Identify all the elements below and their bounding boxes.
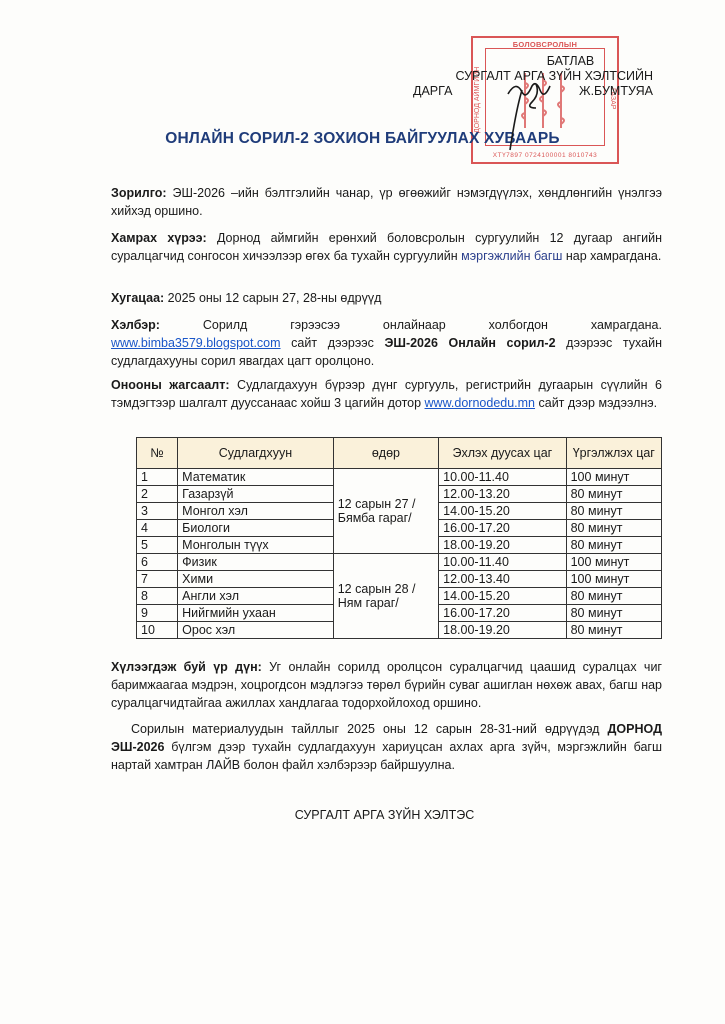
header-subject: Судлагдхуун [178, 438, 334, 469]
cell-time: 16.00-17.20 [439, 520, 566, 537]
format-word: холбогдон [489, 316, 548, 334]
cell-day: 12 сарын 27 /Бямба гараг/ [333, 469, 438, 554]
header-day: өдөр [333, 438, 438, 469]
cell-day: 12 сарын 28 /Ням гараг/ [333, 554, 438, 639]
format-word: Сорилд [203, 316, 248, 334]
section-format: Хэлбэр: Сорилд гэрээсээ онлайнаар холбог… [111, 316, 662, 370]
materials-text: Сорилын материалуудын тайллыг 2025 оны 1… [131, 722, 608, 736]
cell-subject: Монголын түүх [178, 537, 334, 554]
approval-name: Ж.БУМТУЯА [579, 84, 653, 99]
format-word: хамрагдана. [591, 316, 662, 334]
period-label: Хугацаа: [111, 291, 164, 305]
table-row: 6Физик12 сарын 28 /Ням гараг/10.00-11.40… [137, 554, 662, 571]
cell-duration: 80 минут [566, 622, 661, 639]
cell-no: 4 [137, 520, 178, 537]
cell-time: 18.00-19.20 [439, 622, 566, 639]
results-label: Онооны жагсаалт: [111, 378, 230, 392]
cell-no: 1 [137, 469, 178, 486]
cell-time: 10.00-11.40 [439, 554, 566, 571]
section-results: Онооны жагсаалт: Судлагдахуун бүрээр дүн… [111, 376, 662, 412]
cell-duration: 100 минут [566, 469, 661, 486]
cell-subject: Хими [178, 571, 334, 588]
cell-duration: 100 минут [566, 571, 661, 588]
dornodedu-link[interactable]: www.dornodedu.mn [425, 396, 535, 410]
approval-label: БАТЛАВ [413, 54, 653, 69]
period-text: 2025 оны 12 сарын 27, 28-ны өдрүүд [164, 291, 381, 305]
cell-subject: Математик [178, 469, 334, 486]
blogspot-link[interactable]: www.bimba3579.blogspot.com [111, 336, 281, 350]
expected-label: Хүлээгдэж буй үр дүн: [111, 660, 262, 674]
cell-subject: Нийгмийн ухаан [178, 605, 334, 622]
goal-label: Зорилго: [111, 186, 167, 200]
cell-subject: Физик [178, 554, 334, 571]
format-word: гэрээсээ [290, 316, 340, 334]
cell-time: 12.00-13.40 [439, 571, 566, 588]
header-time: Эхлэх дуусах цаг [439, 438, 566, 469]
cell-subject: Англи хэл [178, 588, 334, 605]
cell-no: 2 [137, 486, 178, 503]
format-word: онлайнаар [383, 316, 446, 334]
cell-subject: Орос хэл [178, 622, 334, 639]
results-text-end: сайт дээр мэдээлнэ. [535, 396, 657, 410]
cell-duration: 80 минут [566, 537, 661, 554]
section-scope: Хамрах хүрээ: Дорнод аймгийн ерөнхий бол… [111, 229, 662, 265]
format-bold: ЭШ-2026 Онлайн сорил-2 [384, 336, 555, 350]
cell-no: 9 [137, 605, 178, 622]
cell-duration: 80 минут [566, 520, 661, 537]
cell-time: 14.00-15.20 [439, 503, 566, 520]
scope-highlight: мэргэжлийн багш [461, 249, 562, 263]
cell-duration: 80 минут [566, 588, 661, 605]
table-header-row: № Судлагдхуун өдөр Эхлэх дуусах цаг Үргэ… [137, 438, 662, 469]
section-materials: Сорилын материалуудын тайллыг 2025 оны 1… [111, 720, 662, 774]
footer-department: СУРГАЛТ АРГА ЗҮЙН ХЭЛТЭС [0, 808, 725, 822]
schedule-table: № Судлагдхуун өдөр Эхлэх дуусах цаг Үргэ… [136, 437, 662, 639]
header-duration: Үргэлжлэх цаг [566, 438, 661, 469]
cell-subject: Монгол хэл [178, 503, 334, 520]
cell-time: 16.00-17.20 [439, 605, 566, 622]
table-row: 1Математик12 сарын 27 /Бямба гараг/10.00… [137, 469, 662, 486]
cell-duration: 100 минут [566, 554, 661, 571]
cell-duration: 80 минут [566, 486, 661, 503]
page-title: ОНЛАЙН СОРИЛ-2 ЗОХИОН БАЙГУУЛАХ ХУВААРЬ [0, 130, 725, 148]
materials-text-end: бүлгэм дээр тухайн судлагдахуун хариуцса… [111, 740, 662, 772]
section-period: Хугацаа: 2025 оны 12 сарын 27, 28-ны өдр… [111, 289, 662, 307]
approval-role: ДАРГА [413, 84, 452, 99]
cell-no: 5 [137, 537, 178, 554]
goal-text: ЭШ-2026 –ийн бэлтгэлийн чанар, үр өгөөжи… [111, 186, 662, 218]
scope-text-end: нар хамрагдана. [562, 249, 661, 263]
cell-no: 10 [137, 622, 178, 639]
table-body: 1Математик12 сарын 27 /Бямба гараг/10.00… [137, 469, 662, 639]
cell-time: 12.00-13.20 [439, 486, 566, 503]
cell-time: 18.00-19.20 [439, 537, 566, 554]
section-expected: Хүлээгдэж буй үр дүн: Уг онлайн сорилд о… [111, 658, 662, 712]
cell-duration: 80 минут [566, 605, 661, 622]
signature-icon [502, 72, 562, 162]
section-goal: Зорилго: ЭШ-2026 –ийн бэлтгэлийн чанар, … [111, 184, 662, 220]
cell-time: 10.00-11.40 [439, 469, 566, 486]
header-no: № [137, 438, 178, 469]
cell-subject: Биологи [178, 520, 334, 537]
cell-no: 6 [137, 554, 178, 571]
scope-label: Хамрах хүрээ: [111, 231, 207, 245]
cell-no: 3 [137, 503, 178, 520]
document-page: БОЛОВСРОЛЫН ДОРНОД АЙМГИЙН ГАЗАР ХТҮ7897… [0, 0, 725, 1024]
cell-no: 7 [137, 571, 178, 588]
cell-subject: Газарзүй [178, 486, 334, 503]
cell-time: 14.00-15.20 [439, 588, 566, 605]
format-label: Хэлбэр: [111, 316, 160, 334]
format-text: сайт дээрээс [281, 336, 385, 350]
cell-no: 8 [137, 588, 178, 605]
cell-duration: 80 минут [566, 503, 661, 520]
